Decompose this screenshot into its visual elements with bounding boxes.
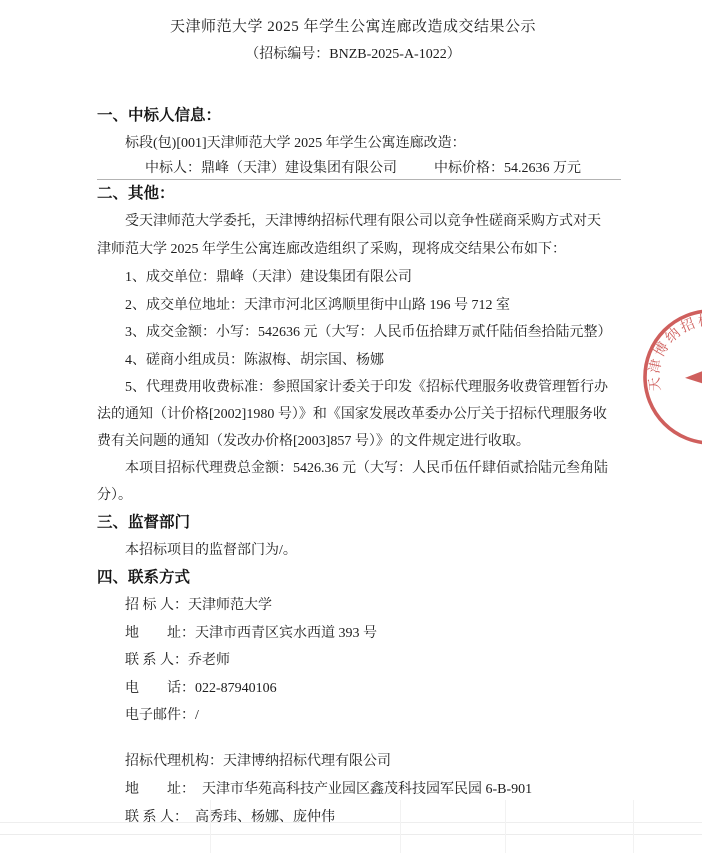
notice-content: 天津师范大学 2025 年学生公寓连廊改造成交结果公示 （招标编号：BNZB-2…: [97, 13, 609, 832]
scan-artifact-line: [633, 800, 634, 853]
price-value: 54.2636 万元: [504, 161, 581, 176]
contact-value: 022-87940106: [195, 681, 277, 696]
contact-label: 地 址：: [125, 626, 195, 641]
contact-value: 天津博纳招标代理有限公司: [223, 754, 391, 769]
scan-artifact-line: [210, 800, 211, 853]
contact-row-phone: 电 话：022-87940106: [97, 675, 609, 703]
agency-row-name: 招标代理机构：天津博纳招标代理有限公司: [97, 748, 609, 776]
section-heading-winner-info: 一、中标人信息：: [97, 102, 609, 130]
section-heading-contact: 四、联系方式: [97, 564, 609, 592]
contact-label: 招标代理机构：: [125, 754, 223, 769]
agency-row-address: 地 址： 天津市华苑高科技产业园区鑫茂科技园军民园 6-B-901: [97, 776, 609, 804]
contact-value: 天津市西青区宾水西道 393 号: [195, 626, 377, 641]
contact-label: 电 话：: [125, 681, 195, 696]
agency-block: 招标代理机构：天津博纳招标代理有限公司 地 址： 天津市华苑高科技产业园区鑫茂科…: [97, 748, 609, 832]
winner-name: 鼎峰（天津）建设集团有限公司: [201, 161, 397, 176]
scan-artifact-line: [0, 834, 702, 835]
section-heading-other: 二、其他：: [97, 180, 609, 208]
agency-fee-total: 本项目招标代理费总金额：5426.36 元（大写：人民币伍仟肆佰贰拾陆元叁角陆分…: [97, 455, 609, 509]
lot-line: 标段(包)[001]天津师范大学 2025 年学生公寓连廊改造：: [97, 130, 609, 158]
winner-row: 中标人：鼎峰（天津）建设集团有限公司中标价格：54.2636 万元: [97, 158, 621, 180]
contact-row-address: 地 址：天津市西青区宾水西道 393 号: [97, 620, 609, 648]
scan-artifact-line: [400, 800, 401, 853]
contact-label: 招 标 人：: [125, 598, 188, 613]
section-heading-supervision: 三、监督部门: [97, 509, 609, 537]
contact-row-email: 电子邮件：/: [97, 702, 609, 730]
seal-text: 天津博纳招标代理有限公司: [645, 311, 702, 401]
winner-label: 中标人：: [145, 161, 201, 176]
star-icon: [685, 353, 702, 402]
page-title: 天津师范大学 2025 年学生公寓连廊改造成交结果公示: [97, 13, 609, 41]
contact-label: 联 系 人：: [125, 653, 188, 668]
list-item-award-amount: 3、成交金额：小写：542636 元（大写：人民币伍拾肆万贰仟陆佰叁拾陆元整）: [97, 319, 609, 347]
contact-row-person: 联 系 人：乔老师: [97, 647, 609, 675]
contact-value: 天津师范大学: [188, 598, 272, 613]
contact-value: 乔老师: [188, 653, 230, 668]
supervision-body: 本招标项目的监督部门为/。: [97, 537, 609, 564]
contact-label: 地 址：: [125, 782, 188, 797]
scan-artifact-line: [0, 822, 702, 823]
contact-label: 电子邮件：: [125, 708, 195, 723]
agency-row-person: 联 系 人： 高秀玮、杨娜、庞仲伟: [97, 804, 609, 832]
list-item-panel-members: 4、磋商小组成员：陈淑梅、胡宗国、杨娜: [97, 347, 609, 375]
price-label: 中标价格：: [434, 161, 504, 176]
tender-number: （招标编号：BNZB-2025-A-1022）: [97, 41, 609, 69]
notice-page: 天津师范大学 2025 年学生公寓连廊改造成交结果公示 （招标编号：BNZB-2…: [0, 0, 702, 853]
list-item-agency-fee-standard: 5、代理费用收费标准：参照国家计委关于印发《招标代理服务收费管理暂行办法的通知（…: [97, 374, 609, 455]
contact-value: 天津市华苑高科技产业园区鑫茂科技园军民园 6-B-901: [188, 782, 532, 797]
scan-artifact-line: [505, 800, 506, 853]
company-seal: 天津博纳招标代理有限公司: [610, 283, 702, 473]
list-item-award-address: 2、成交单位地址：天津市河北区鸿顺里街中山路 196 号 712 室: [97, 292, 609, 320]
list-item-award-unit: 1、成交单位：鼎峰（天津）建设集团有限公司: [97, 264, 609, 292]
contact-row-tenderer: 招 标 人：天津师范大学: [97, 592, 609, 620]
contact-value: /: [195, 708, 199, 723]
intro-paragraph: 受天津师范大学委托，天津博纳招标代理有限公司以竞争性磋商采购方式对天津师范大学 …: [97, 208, 609, 264]
